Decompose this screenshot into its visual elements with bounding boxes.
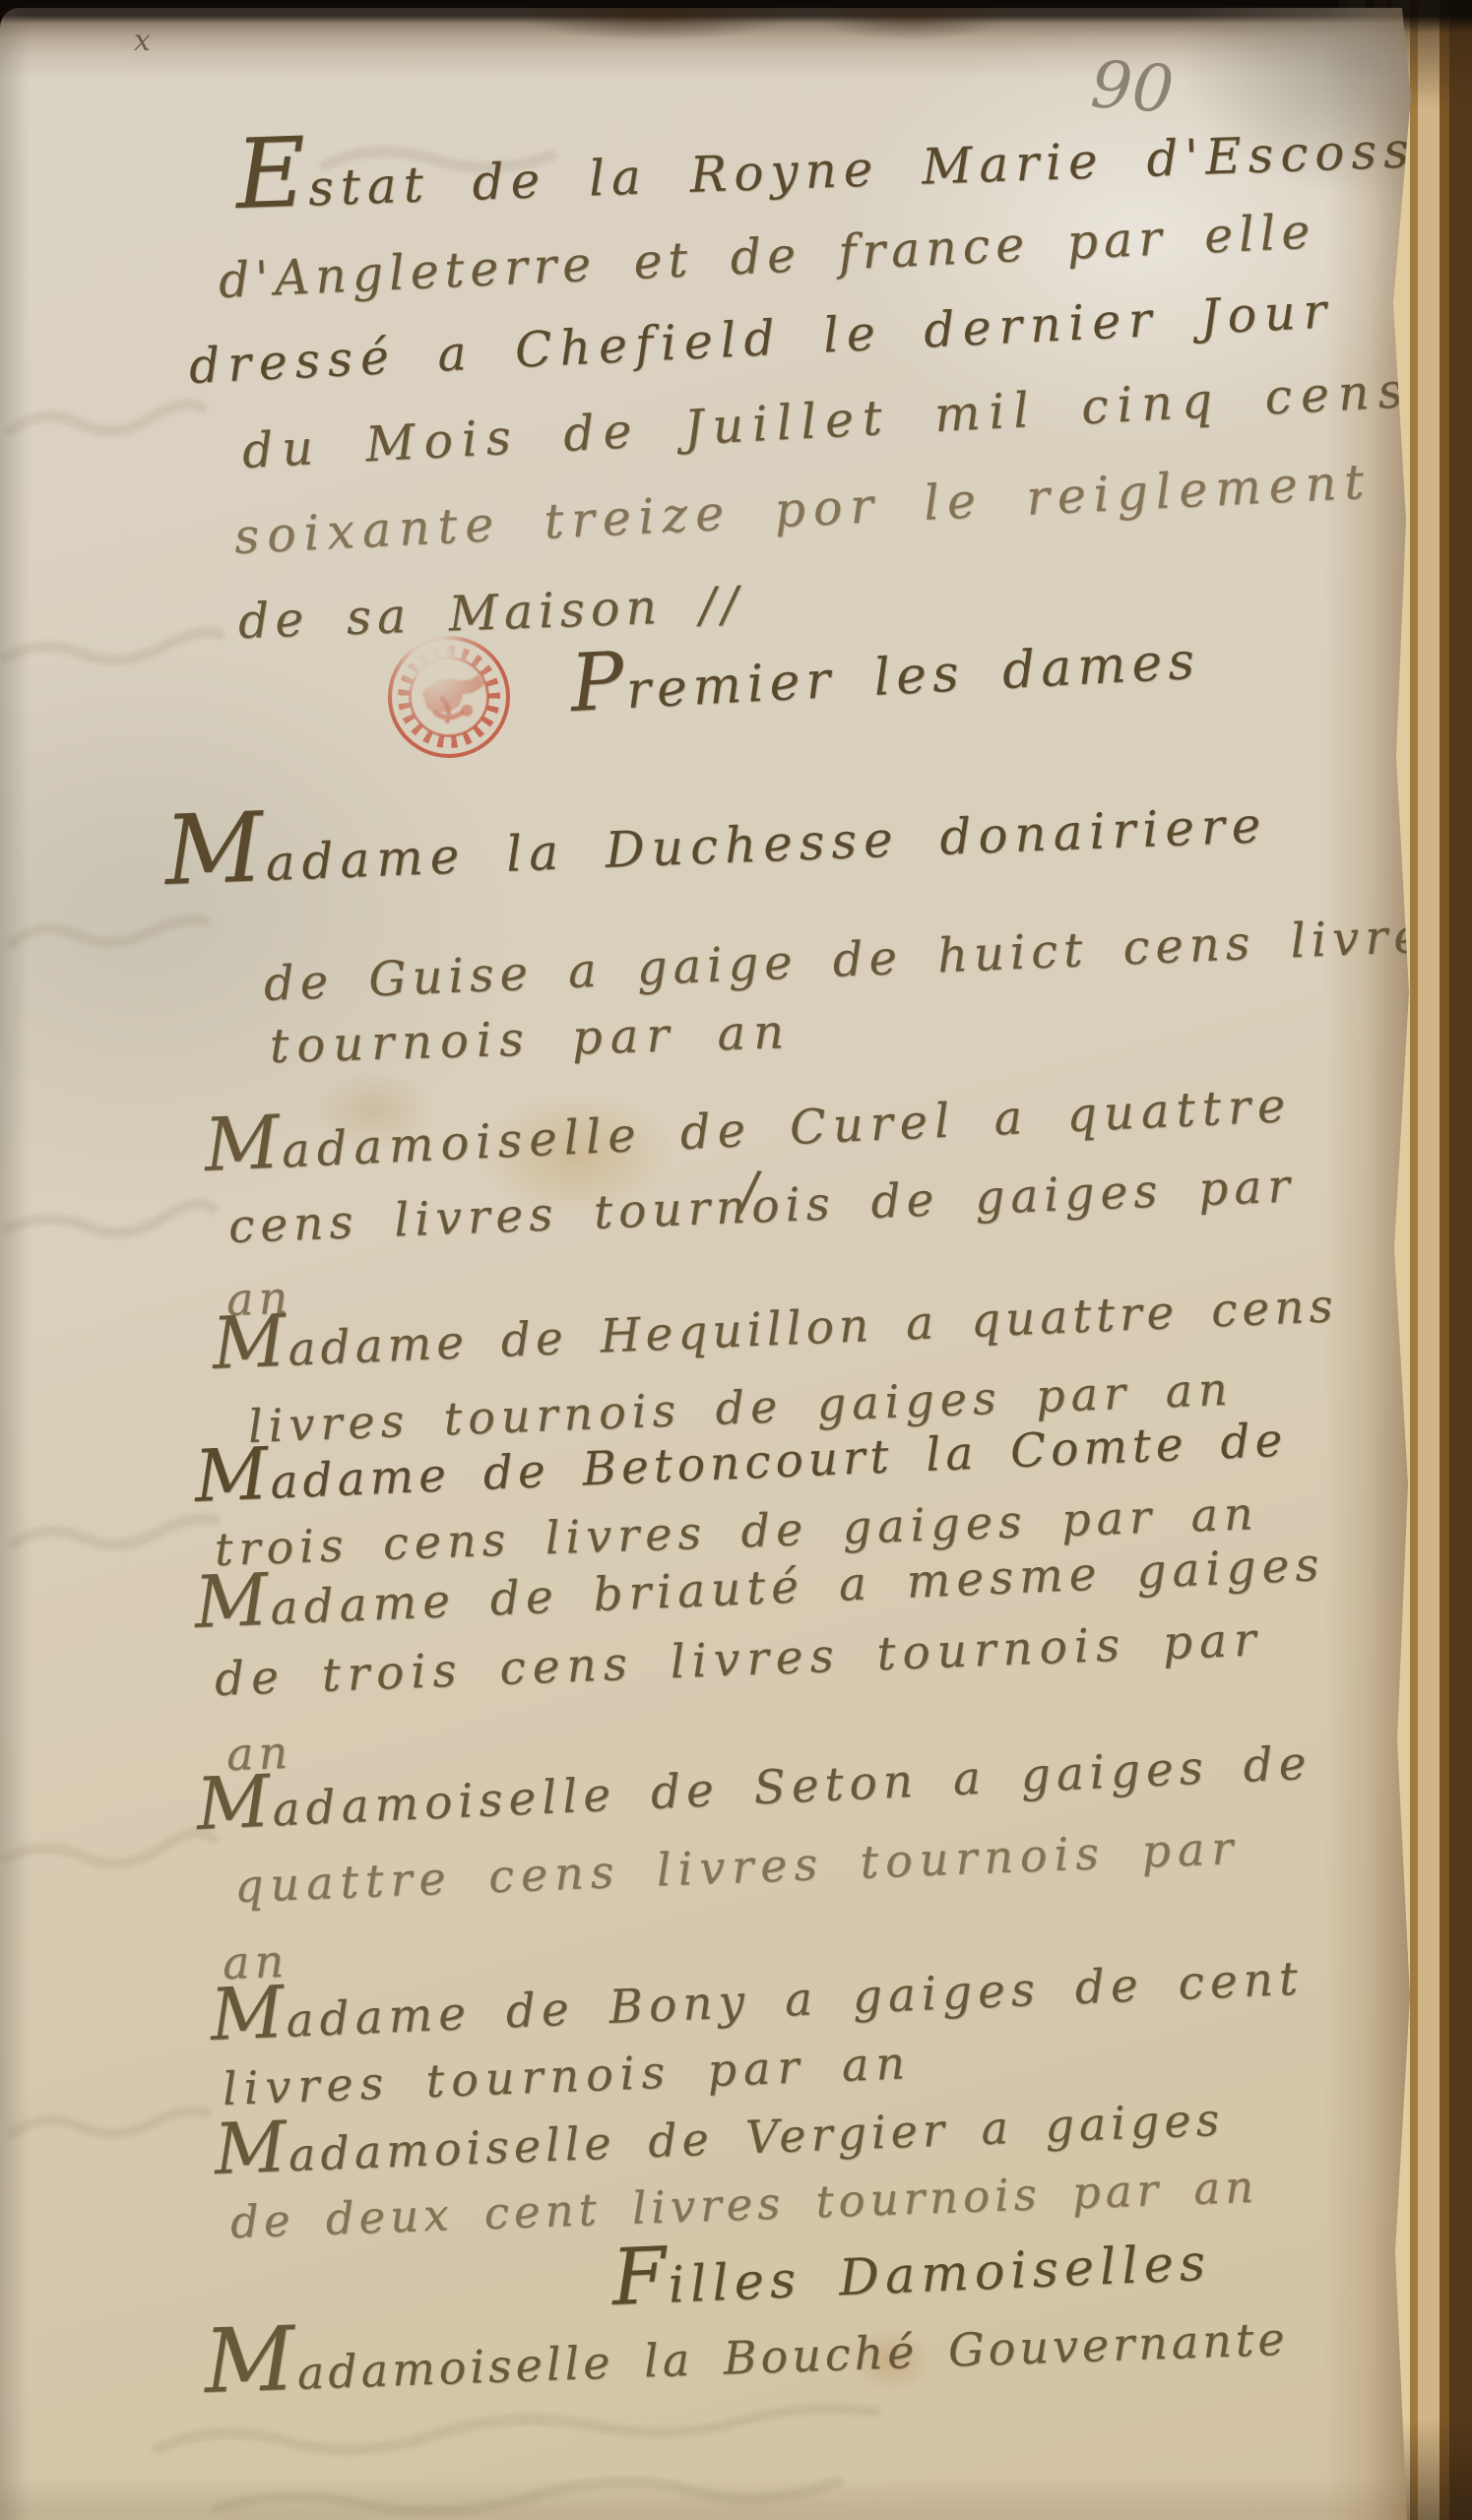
manuscript-photo: x 90 Estat de la Royne Marie d'Escosse d… xyxy=(0,0,1472,2520)
corner-pencil-mark: x xyxy=(134,24,151,58)
folio-number: 90 xyxy=(1088,46,1176,128)
manuscript-page: x 90 Estat de la Royne Marie d'Escosse d… xyxy=(0,8,1424,2520)
library-stamp-icon xyxy=(380,628,518,766)
